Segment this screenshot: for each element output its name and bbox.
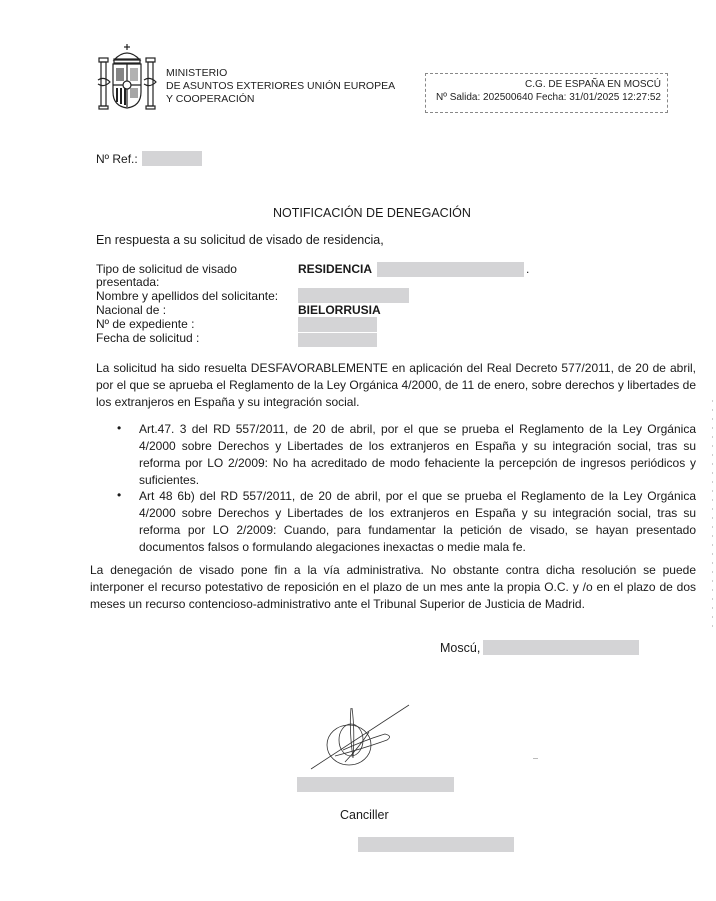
detail-label-application-date: Fecha de solicitud :	[96, 331, 199, 345]
spain-coat-of-arms-icon	[96, 40, 158, 114]
detail-label-nationality: Nacional de :	[96, 303, 166, 317]
redacted-signer-name	[297, 777, 454, 792]
detail-label-applicant-name: Nombre y apellidos del solicitante:	[96, 289, 278, 303]
bullet-icon: •	[117, 421, 121, 435]
redacted-file-number	[298, 317, 377, 332]
scan-edge-artifact	[712, 400, 713, 630]
ground-item: Art 48 6b) del RD 557/2011, de 20 de abr…	[139, 488, 696, 556]
detail-value-nationality: BIELORRUSIA	[298, 303, 381, 317]
ministry-line: DE ASUNTOS EXTERIORES UNIÓN EUROPEA	[166, 80, 395, 93]
signer-title: Canciller	[340, 808, 389, 822]
redacted-application-date	[298, 333, 377, 347]
document-title: NOTIFICACIÓN DE DENEGACIÓN	[273, 206, 471, 220]
ministry-line: MINISTERIO	[166, 67, 395, 80]
redacted-visa-subtype	[377, 262, 524, 277]
registry-stamp: C.G. DE ESPAÑA EN MOSCÚ Nº Salida: 20250…	[425, 73, 668, 113]
scan-speck	[533, 758, 538, 759]
handwritten-signature-icon	[305, 700, 425, 775]
ground-item: Art.47. 3 del RD 557/2011, de 20 de abri…	[139, 421, 696, 489]
reference-line: Nº Ref.:	[96, 152, 138, 166]
reference-label: Nº Ref.:	[96, 152, 138, 166]
resolution-paragraph: La solicitud ha sido resuelta DESFAVORAB…	[96, 360, 696, 411]
detail-label-file-number: Nº de expediente :	[96, 317, 194, 331]
period-mark: .	[526, 262, 529, 276]
detail-label-visa-type: Tipo de solicitud de visado	[96, 262, 237, 276]
stamp-registry-line: Nº Salida: 202500640 Fecha: 31/01/2025 1…	[426, 91, 661, 104]
redacted-signer-extra	[358, 837, 514, 852]
redacted-applicant-name	[298, 288, 409, 303]
detail-value-visa-type: RESIDENCIA	[298, 262, 372, 276]
appeal-paragraph: La denegación de visado pone fin a la ví…	[90, 562, 696, 613]
redacted-date	[483, 640, 639, 655]
detail-label-visa-type-cont: presentada:	[96, 275, 159, 289]
intro-text: En respuesta a su solicitud de visado de…	[96, 233, 384, 247]
stamp-office: C.G. DE ESPAÑA EN MOSCÚ	[426, 78, 661, 91]
redacted-reference	[142, 151, 202, 166]
bullet-icon: •	[117, 488, 121, 502]
ministry-line: Y COOPERACIÓN	[166, 93, 395, 106]
place-label: Moscú,	[440, 641, 480, 655]
ministry-name: MINISTERIO DE ASUNTOS EXTERIORES UNIÓN E…	[166, 67, 395, 106]
